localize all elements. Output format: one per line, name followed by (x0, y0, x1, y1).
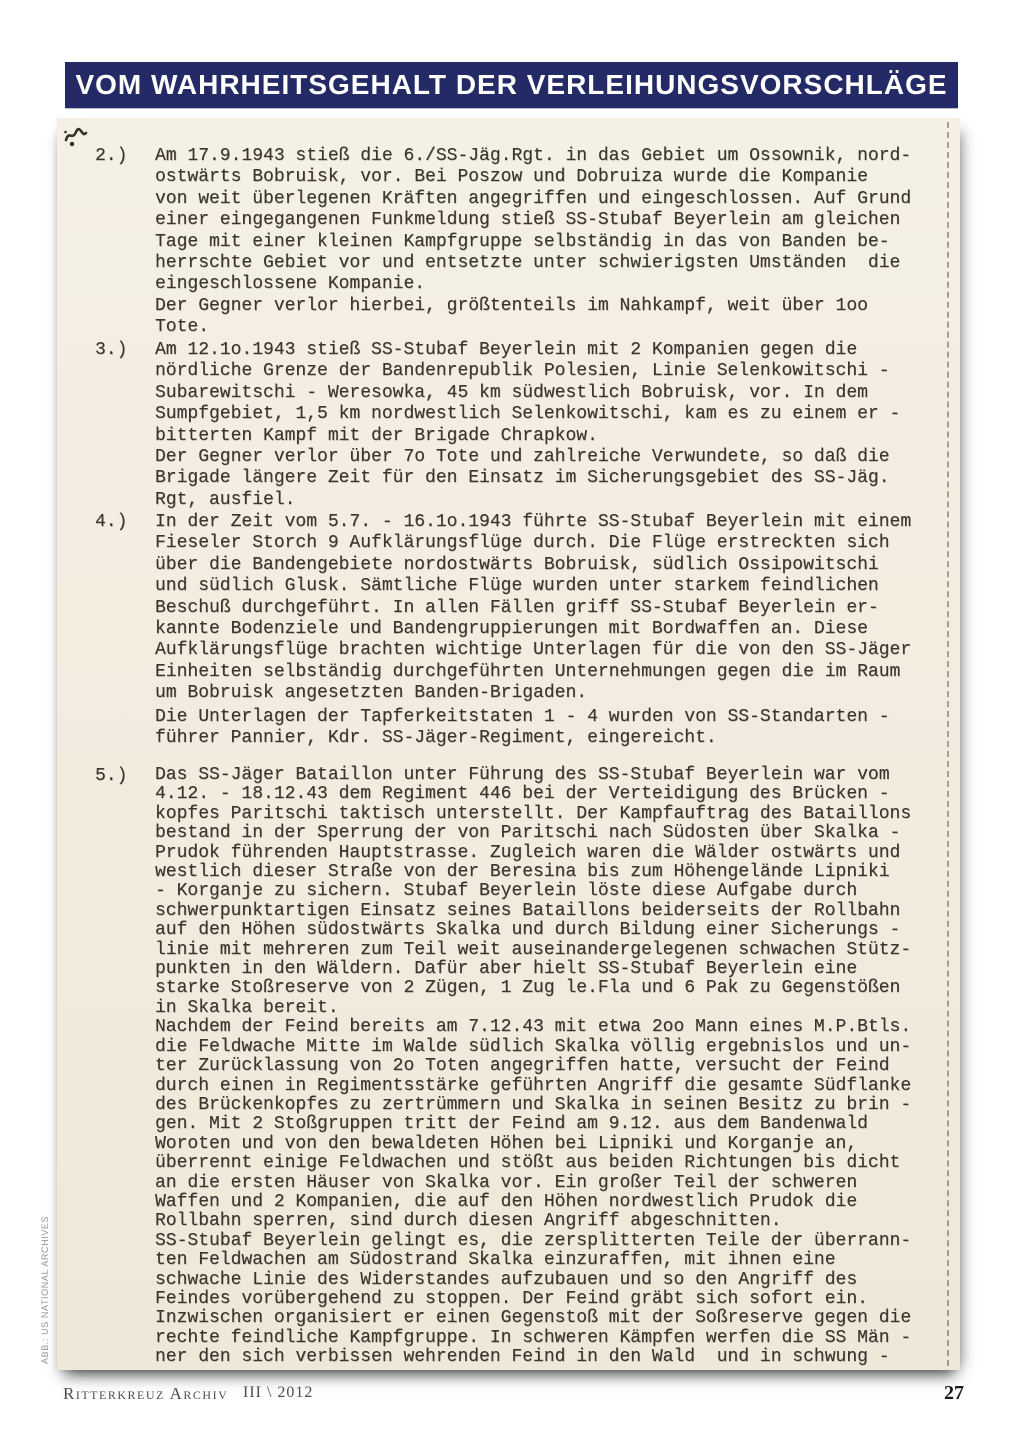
ink-mark-icon (63, 124, 93, 150)
section-text: Am 12.1o.1943 stieß SS-Stubaf Beyerlein … (155, 340, 900, 511)
section-text: Am 17.9.1943 stieß die 6./SS-Jäg.Rgt. in… (155, 146, 911, 339)
section-number: 5.) (95, 766, 127, 786)
scanned-document: 2.) Am 17.9.1943 stieß die 6./SS-Jäg.Rgt… (57, 118, 960, 1370)
section-text: Die Unterlagen der Tapferkeitstaten 1 - … (155, 707, 890, 750)
photo-credit: ABB.: US NATIONAL ARCHIVES (40, 1216, 50, 1364)
scan-fold-line (947, 122, 949, 1366)
page-number: 27 (944, 1382, 964, 1405)
section-text: In der Zeit vom 5.7. - 16.1o.1943 führte… (155, 512, 911, 705)
section-text: Das SS-Jäger Bataillon unter Führung des… (155, 766, 911, 1368)
journal-name: Ritterkreuz Archiv (63, 1384, 228, 1404)
section-number: 4.) (95, 512, 127, 532)
section-number: 3.) (95, 340, 127, 360)
section-number: 2.) (95, 146, 127, 166)
issue-label: III \ 2012 (243, 1384, 313, 1402)
page-title-banner: VOM WAHRHEITSGEHALT DER VERLEIHUNGSVORSC… (65, 62, 958, 108)
page-footer: Ritterkreuz Archiv III \ 2012 27 (57, 1382, 964, 1410)
page-title: VOM WAHRHEITSGEHALT DER VERLEIHUNGSVORSC… (75, 69, 947, 101)
